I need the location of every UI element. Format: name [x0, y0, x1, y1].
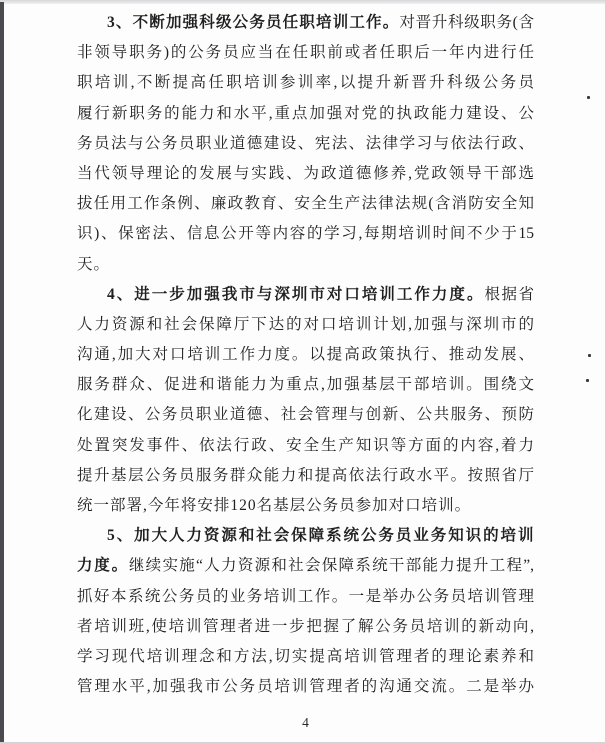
bold-heading-segment: 4、进一步加强我市与深圳市对口培训工作力度。 [107, 286, 484, 303]
item-3-keji-renzhi-training-line: 拔任用工作条例、廉政教育、安全生产法律法规(含消防安全知 [77, 189, 534, 219]
item-5-renshe-system-training-line: 管理水平,加强我市公务员培训管理者的沟通交流。二是举办 [77, 672, 534, 702]
body-text-segment: 管理水平,加强我市公务员培训管理者的沟通交流。二是举办 [77, 678, 534, 695]
scan-speckle [588, 354, 591, 357]
item-4-shenzhen-duikou-training-line: 化建设、公务员职业道德、社会管理与创新、公共服务、预防 [77, 400, 534, 430]
bold-heading-segment: 5、加大人力资源和社会保障系统公务员业务知识的培训 [107, 527, 534, 544]
body-text-segment: 履行新职务的能力和水平,重点加强对党的执政能力建设、公 [77, 105, 534, 122]
item-5-renshe-system-training-line: 学习现代培训理念和方法,切实提高培训管理者的理论素养和 [77, 642, 534, 672]
body-text-segment: 对晋升科级职务(含 [399, 14, 534, 31]
item-5-renshe-system-training-line: 力度。继续实施“人力资源和社会保障系统干部能力提升工程”, [77, 551, 534, 581]
item-3-keji-renzhi-training-line: 天。 [77, 250, 534, 280]
body-text-segment: 服务群众、促进和谐能力为重点,加强基层干部培训。围绕文 [77, 376, 534, 393]
scan-left-edge [0, 2, 4, 743]
bold-heading-segment: 3、不断加强科级公务员任职培训工作。 [107, 14, 399, 31]
body-text-segment: 职培训,不断提高任职培训参训率,以提升新晋升科级公务员 [77, 74, 534, 91]
item-5-renshe-system-training-line: 抓好本系统公务员的业务培训工作。一是举办公务员培训管理 [77, 582, 534, 612]
scan-speckle [587, 96, 590, 99]
body-text-segment: 继续实施“人力资源和社会保障系统干部能力提升工程”, [129, 557, 534, 574]
body-text-segment: 提升基层公务员服务群众能力和提高依法行政水平。按照省厅 [77, 467, 534, 484]
body-text-segment: 统一部署,今年将安排120名基层公务员参加对口培训。 [77, 497, 471, 514]
item-3-keji-renzhi-training-line: 识)、保密法、信息公开等内容的学习,每期培训时间不少于15 [77, 219, 534, 249]
item-3-keji-renzhi-training-line: 务员法与公务员职业道德建设、宪法、法律学习与依法行政、 [77, 129, 534, 159]
body-text-segment: 识)、保密法、信息公开等内容的学习,每期培训时间不少于15 [77, 225, 534, 242]
body-text-segment: 根据省 [484, 286, 534, 303]
item-4-shenzhen-duikou-training-line: 沟通,加大对口培训工作力度。以提高政策执行、推动发展、 [77, 340, 534, 370]
body-text-segment: 拔任用工作条例、廉政教育、安全生产法律法规(含消防安全知 [77, 195, 534, 212]
item-4-shenzhen-duikou-training-line: 4、进一步加强我市与深圳市对口培训工作力度。根据省 [77, 280, 534, 310]
body-text-segment: 沟通,加大对口培训工作力度。以提高政策执行、推动发展、 [77, 346, 534, 363]
item-4-shenzhen-duikou-training-line: 服务群众、促进和谐能力为重点,加强基层干部培训。围绕文 [77, 370, 534, 400]
bold-heading-segment: 力度。 [77, 557, 129, 574]
scanned-document-page: 3、不断加强科级公务员任职培训工作。对晋升科级职务(含非领导职务)的公务员应当在… [0, 0, 605, 743]
body-text-segment: 化建设、公务员职业道德、社会管理与创新、公共服务、预防 [77, 406, 534, 423]
scan-top-edge [0, 0, 605, 4]
item-4-shenzhen-duikou-training-line: 处置突发事件、依法行政、安全生产知识等方面的内容,着力 [77, 431, 534, 461]
scan-speckle [509, 376, 512, 379]
body-text-segment: 非领导职务)的公务员应当在任职前或者任职后一年内进行任 [77, 44, 534, 61]
document-body-text: 3、不断加强科级公务员任职培训工作。对晋升科级职务(含非领导职务)的公务员应当在… [77, 8, 534, 702]
scan-speckle [586, 379, 589, 382]
item-3-keji-renzhi-training-line: 职培训,不断提高任职培训参训率,以提升新晋升科级公务员 [77, 68, 534, 98]
item-3-keji-renzhi-training-line: 3、不断加强科级公务员任职培训工作。对晋升科级职务(含 [77, 8, 534, 38]
body-text-segment: 天。 [77, 256, 110, 273]
body-text-segment: 当代领导理论的发展与实践、为政道德修养,党政领导干部选 [77, 165, 534, 182]
body-text-segment: 人力资源和社会保障厅下达的对口培训计划,加强与深圳市的 [77, 316, 534, 333]
item-3-keji-renzhi-training-line: 履行新职务的能力和水平,重点加强对党的执政能力建设、公 [77, 99, 534, 129]
item-4-shenzhen-duikou-training-line: 统一部署,今年将安排120名基层公务员参加对口培训。 [77, 491, 534, 521]
item-4-shenzhen-duikou-training-line: 提升基层公务员服务群众能力和提高依法行政水平。按照省厅 [77, 461, 534, 491]
item-3-keji-renzhi-training-line: 非领导职务)的公务员应当在任职前或者任职后一年内进行任 [77, 38, 534, 68]
body-text-segment: 学习现代培训理念和方法,切实提高培训管理者的理论素养和 [77, 648, 534, 665]
body-text-segment: 处置突发事件、依法行政、安全生产知识等方面的内容,着力 [77, 437, 534, 454]
body-text-segment: 务员法与公务员职业道德建设、宪法、法律学习与依法行政、 [77, 135, 534, 152]
item-4-shenzhen-duikou-training-line: 人力资源和社会保障厅下达的对口培训计划,加强与深圳市的 [77, 310, 534, 340]
item-3-keji-renzhi-training-line: 当代领导理论的发展与实践、为政道德修养,党政领导干部选 [77, 159, 534, 189]
item-5-renshe-system-training-line: 者培训班,使培训管理者进一步把握了解公务员培训的新动向, [77, 612, 534, 642]
page-number: 4 [77, 714, 534, 732]
item-5-renshe-system-training-line: 5、加大人力资源和社会保障系统公务员业务知识的培训 [77, 521, 534, 551]
body-text-segment: 者培训班,使培训管理者进一步把握了解公务员培训的新动向, [77, 618, 534, 635]
body-text-segment: 抓好本系统公务员的业务培训工作。一是举办公务员培训管理 [77, 588, 534, 605]
